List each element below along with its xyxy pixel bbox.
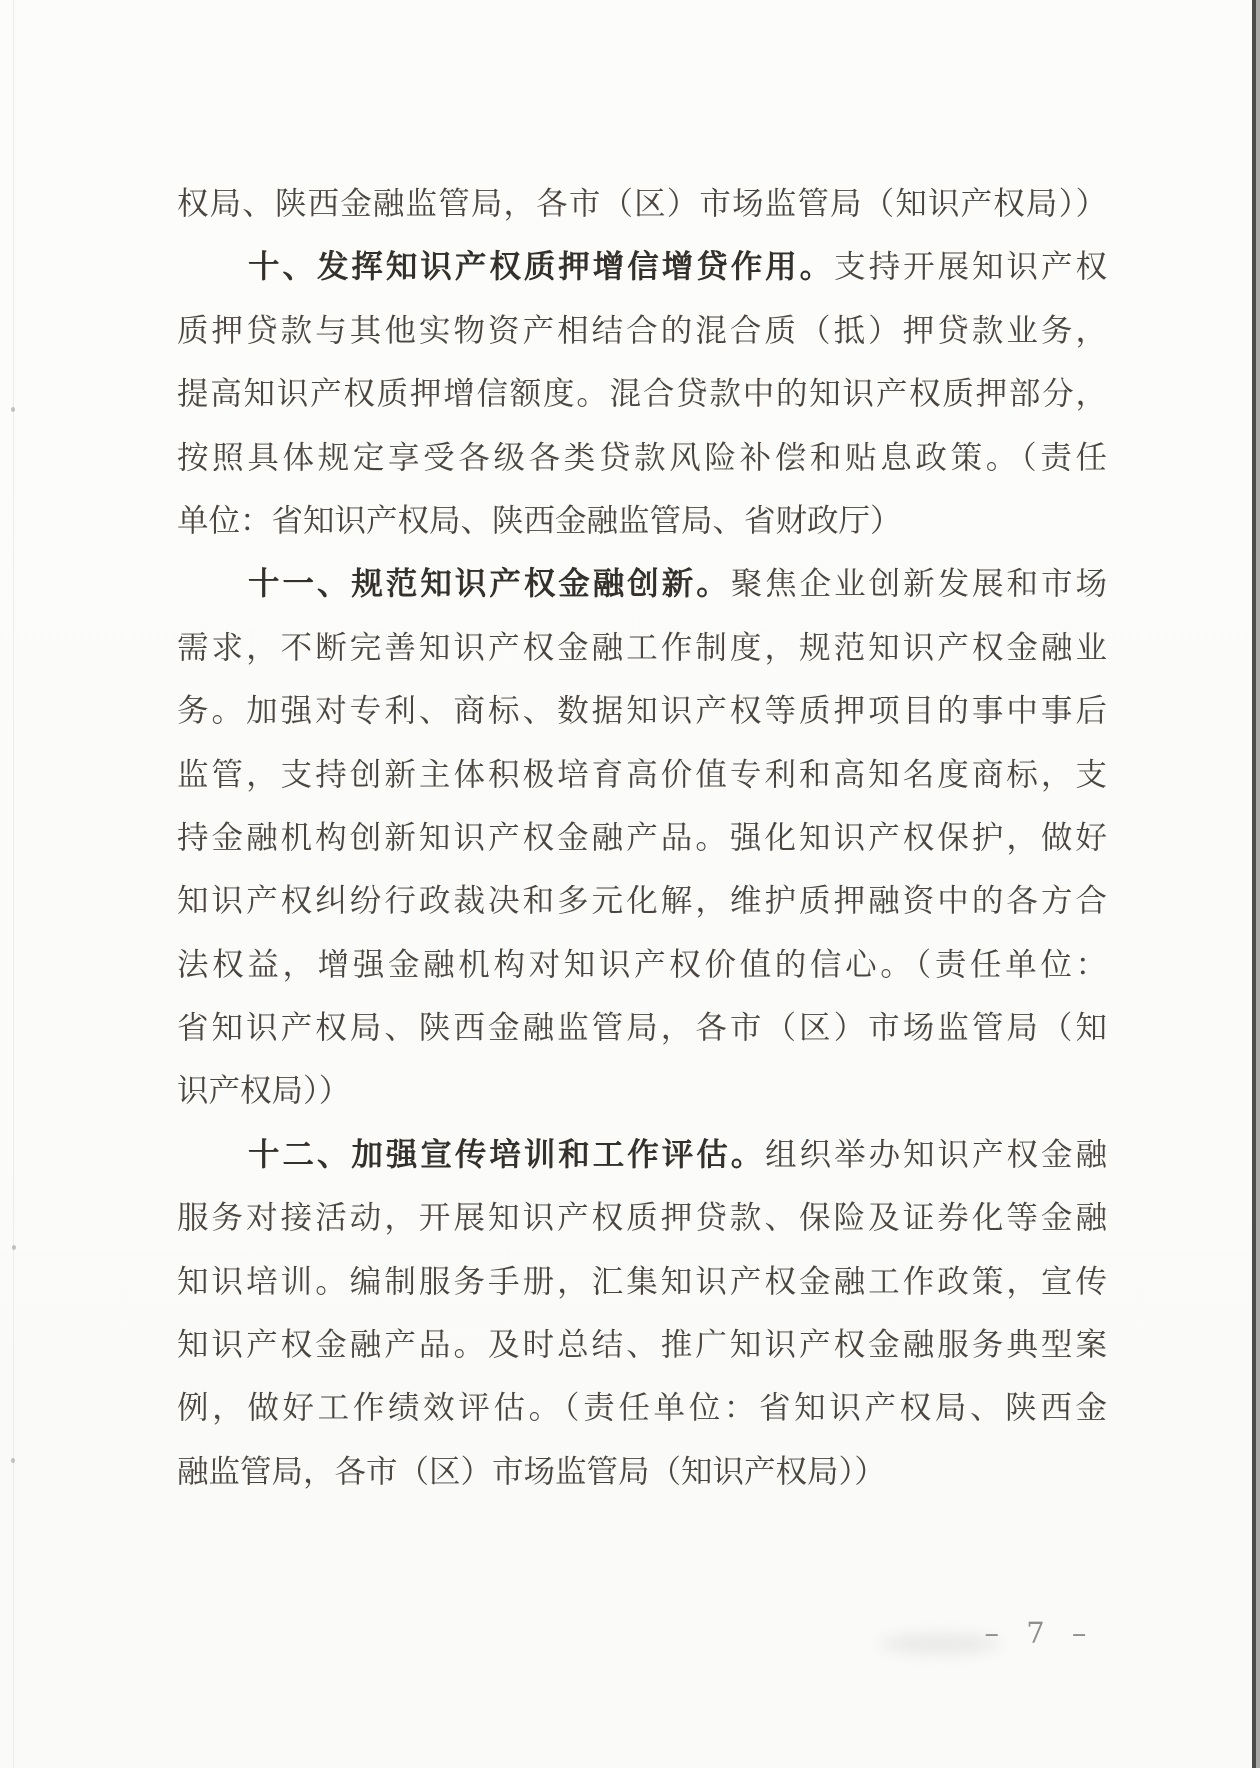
body-text: 组织举办知识产权金融 bbox=[765, 1137, 1107, 1172]
text-line: 知识产权金融产品。及时总结、推广知识产权金融服务典型案 bbox=[177, 1313, 1107, 1376]
text-line: 监管，支持创新主体积极培育高价值专利和高知名度商标，支 bbox=[177, 743, 1107, 806]
text-line: 持金融机构创新知识产权金融产品。强化知识产权保护，做好 bbox=[177, 806, 1107, 869]
heading-bold-text: 十二、加强宣传培训和工作评估。 bbox=[248, 1136, 765, 1172]
text-line: 权局、陕西金融监管局，各市（区）市场监管局（知识产权局）） bbox=[177, 172, 1107, 235]
body-text: 融监管局，各市（区）市场监管局（知识产权局）） bbox=[177, 1454, 886, 1489]
body-text: 服务对接活动，开展知识产权质押贷款、保险及证券化等金融 bbox=[177, 1200, 1107, 1235]
section-10-heading-line: 十、发挥知识产权质押增信增贷作用。支持开展知识产权 bbox=[177, 235, 1107, 298]
body-text: 支持开展知识产权 bbox=[834, 249, 1107, 284]
text-line: 融监管局，各市（区）市场监管局（知识产权局）） bbox=[177, 1440, 1107, 1503]
right-scan-edge-light-strip bbox=[1256, 0, 1260, 1768]
section-12-heading-line: 十二、加强宣传培训和工作评估。组织举办知识产权金融 bbox=[177, 1123, 1107, 1186]
body-text: 持金融机构创新知识产权金融产品。强化知识产权保护，做好 bbox=[177, 820, 1107, 855]
body-text: 知识培训。编制服务手册，汇集知识产权金融工作政策，宣传 bbox=[177, 1264, 1107, 1299]
body-text: 按照具体规定享受各级各类贷款风险补偿和贴息政策。（责任 bbox=[177, 440, 1107, 475]
scan-speck bbox=[11, 1458, 15, 1463]
body-text: 权局、陕西金融监管局，各市（区）市场监管局（知识产权局）） bbox=[177, 186, 1107, 221]
body-text: 需求，不断完善知识产权金融工作制度，规范知识产权金融业 bbox=[177, 630, 1107, 665]
body-text: 知识产权纠纷行政裁决和多元化解，维护质押融资中的各方合 bbox=[177, 883, 1107, 918]
scan-speck bbox=[11, 407, 15, 412]
body-text: 单位：省知识产权局、陕西金融监管局、省财政厅） bbox=[177, 503, 902, 538]
text-line: 质押贷款与其他实物资产相结合的混合质（抵）押贷款业务， bbox=[177, 299, 1107, 362]
body-text: 例，做好工作绩效评估。（责任单位：省知识产权局、陕西金 bbox=[177, 1390, 1107, 1425]
body-text: 务。加强对专利、商标、数据知识产权等质押项目的事中事后 bbox=[177, 693, 1107, 728]
body-text: 聚焦企业创新发展和市场 bbox=[731, 566, 1107, 601]
body-text: 省知识产权局、陕西金融监管局，各市（区）市场监管局（知 bbox=[177, 1010, 1107, 1045]
text-line: 知识培训。编制服务手册，汇集知识产权金融工作政策，宣传 bbox=[177, 1250, 1107, 1313]
scan-speck bbox=[12, 1245, 16, 1250]
body-text: 识产权局）） bbox=[177, 1073, 350, 1108]
scanned-document-page: 权局、陕西金融监管局，各市（区）市场监管局（知识产权局）） 十、发挥知识产权质押… bbox=[0, 0, 1260, 1768]
left-scan-edge-line bbox=[13, 0, 14, 1768]
text-line: 法权益，增强金融机构对知识产权价值的信心。（责任单位： bbox=[177, 933, 1107, 996]
body-text: 监管，支持创新主体积极培育高价值专利和高知名度商标，支 bbox=[177, 757, 1107, 792]
text-line: 需求，不断完善知识产权金融工作制度，规范知识产权金融业 bbox=[177, 616, 1107, 679]
body-text: 法权益，增强金融机构对知识产权价值的信心。（责任单位： bbox=[177, 947, 1107, 982]
body-text: 知识产权金融产品。及时总结、推广知识产权金融服务典型案 bbox=[177, 1327, 1107, 1362]
text-line: 服务对接活动，开展知识产权质押贷款、保险及证券化等金融 bbox=[177, 1186, 1107, 1249]
text-line: 务。加强对专利、商标、数据知识产权等质押项目的事中事后 bbox=[177, 679, 1107, 742]
text-line: 单位：省知识产权局、陕西金融监管局、省财政厅） bbox=[177, 489, 1107, 552]
text-line: 知识产权纠纷行政裁决和多元化解，维护质押融资中的各方合 bbox=[177, 869, 1107, 932]
text-line: 识产权局）） bbox=[177, 1059, 1107, 1122]
page-number: – 7 – bbox=[965, 1613, 1115, 1653]
document-body: 权局、陕西金融监管局，各市（区）市场监管局（知识产权局）） 十、发挥知识产权质押… bbox=[177, 172, 1107, 1503]
body-text: 质押贷款与其他实物资产相结合的混合质（抵）押贷款业务， bbox=[177, 313, 1107, 348]
text-line: 省知识产权局、陕西金融监管局，各市（区）市场监管局（知 bbox=[177, 996, 1107, 1059]
text-line: 提高知识产权质押增信额度。混合贷款中的知识产权质押部分， bbox=[177, 362, 1107, 425]
heading-bold-text: 十一、规范知识产权金融创新。 bbox=[248, 565, 731, 601]
text-line: 按照具体规定享受各级各类贷款风险补偿和贴息政策。（责任 bbox=[177, 426, 1107, 489]
section-11-heading-line: 十一、规范知识产权金融创新。聚焦企业创新发展和市场 bbox=[177, 552, 1107, 615]
heading-bold-text: 十、发挥知识产权质押增信增贷作用。 bbox=[248, 248, 834, 284]
body-text: 提高知识产权质押增信额度。混合贷款中的知识产权质押部分， bbox=[177, 376, 1107, 411]
text-line: 例，做好工作绩效评估。（责任单位：省知识产权局、陕西金 bbox=[177, 1376, 1107, 1439]
